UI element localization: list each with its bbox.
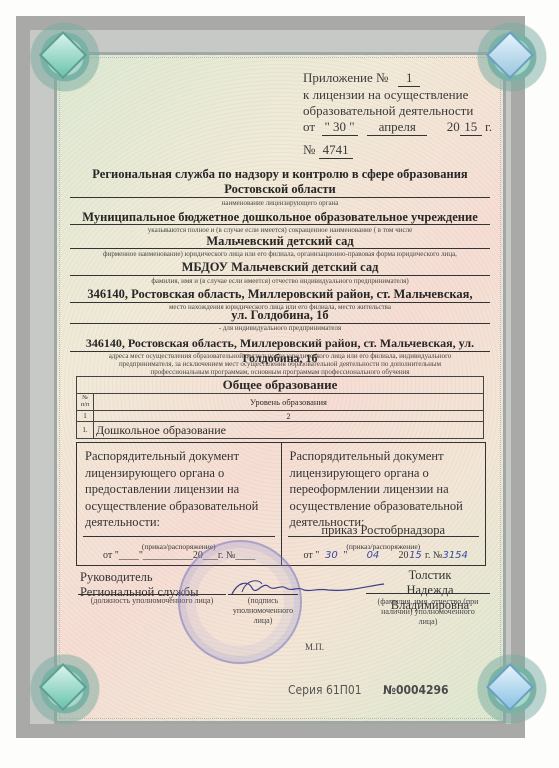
authority-name-line1: Региональная служба по надзору и контрол… [70,167,490,182]
col-index-2: 2 [94,411,484,422]
reissue-date-month: 04 [350,548,396,566]
organization-short-name: МБДОУ Мальчевский детский сад [70,260,490,275]
divider [366,593,490,594]
reissue-number-label: г. № [425,550,443,561]
divider [70,197,490,198]
form-number: №0004296 [383,683,449,697]
signature-caption: (подпись уполномоченного лица) [228,596,298,626]
location-line1: 346140, Ростовская область, Миллеровский… [70,287,490,302]
appendix-header: Приложение № 1 к лицензии на осуществлен… [303,70,492,159]
education-table-title: Общее образование [77,377,484,394]
education-table: Общее образование № п/п Уровень образова… [76,376,484,439]
col-index-1: 1 [77,411,94,422]
divider [70,224,490,225]
date-year-unit: г. [485,119,492,134]
col-level-header: Уровень образования [94,394,484,411]
date-day: " 30 " [322,119,358,136]
name-caption: (фамилия, имя, отчество (при наличии) уп… [366,597,490,627]
reissue-date-year-prefix: 20 [398,550,408,561]
location-caption2: - для индивидуального предпринимателя [70,324,490,333]
divider [70,275,490,276]
reissue-document-line [288,536,480,537]
signature-caption-line2: уполномоченного лица) [228,606,298,626]
appendix-activity: образовательной деятельности [303,103,492,119]
form-series: Серия 61П01 [288,683,362,697]
document-content: Приложение № 1 к лицензии на осуществлен… [0,0,559,768]
signature-caption-line1: (подпись [228,596,298,606]
location-line2: ул. Голдобина, 1б [70,308,490,323]
authority-name-line2: Ростовской области [70,182,490,197]
reissue-document-box: Распорядительный документ лицензирующего… [281,443,486,565]
authority-caption: наименование лицензирующего органа [70,199,490,208]
reissue-date-year-suffix: 15 [408,548,422,566]
appendix-to-license: к лицензии на осуществление [303,87,492,103]
date-year-suffix: 15 [460,119,482,136]
order-documents: Распорядительный документ лицензирующего… [76,442,486,566]
grant-document-text: Распорядительный документ лицензирующего… [85,448,265,531]
signer-surname: Толстик [370,568,490,583]
organization-caption3: фамилия, имя и (в случае если имеется) о… [70,277,490,286]
reissue-date-prefix: от [304,550,313,561]
reissue-number: 3154 [442,548,466,566]
signature-icon [228,578,388,598]
license-number: 4741 [319,142,353,159]
appendix-number: 1 [398,70,420,87]
table-row: 1. Дошкольное образование [77,422,484,439]
seal-label: М.П. [305,642,324,652]
organization-full-name: Муниципальное бюджетное дошкольное образ… [70,210,490,225]
appendix-label: Приложение № [303,70,388,85]
col-num-header: № п/п [77,394,94,411]
date-month: апреля [367,119,427,136]
grant-document-line [83,536,275,537]
name-caption-line2: наличии) уполномоченного [366,607,490,617]
name-caption-line1: (фамилия, имя, отчество (при [366,597,490,607]
reissue-document-text: Распорядительный документ лицензирующего… [290,448,475,531]
organization-caption2: фирменное наименование) юридического лиц… [60,250,500,259]
organization-full-name-line2: Мальчевский детский сад [70,234,490,249]
date-year-prefix: 20 [447,119,460,134]
row-num: 1. [77,422,94,439]
date-prefix: от [303,119,315,134]
row-level: Дошкольное образование [94,422,484,439]
license-no-label: № [303,142,315,157]
divider [70,248,490,249]
reissue-date-day: 30 [319,548,343,566]
divider [228,594,298,595]
name-caption-line3: лица) [366,617,490,627]
